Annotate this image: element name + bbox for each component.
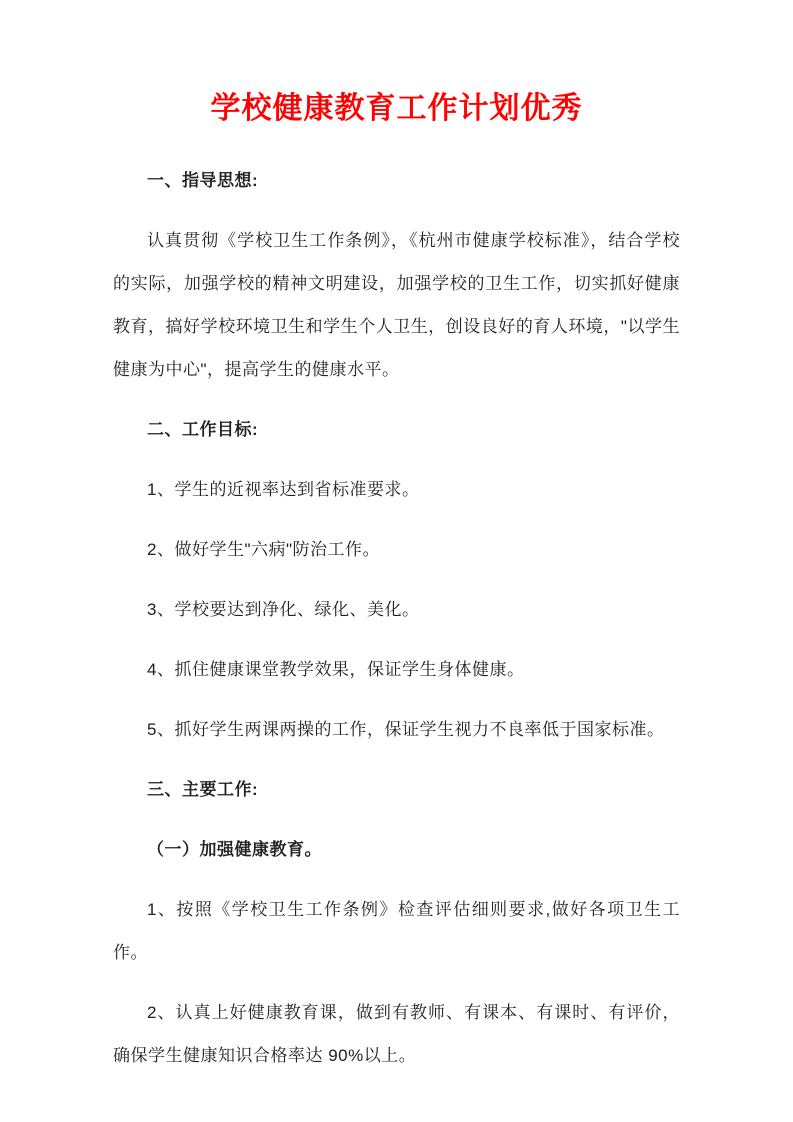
document-paragraph: 2、认真上好健康教育课，做到有教师、有课本、有课时、有评价，确保学生健康知识合格… <box>113 991 680 1077</box>
document-heading: 二、工作目标: <box>113 408 680 451</box>
document-paragraph: 4、抓住健康课堂教学效果，保证学生身体健康。 <box>113 648 680 691</box>
document-paragraph: 1、学生的近视率达到省标准要求。 <box>113 468 680 511</box>
document-paragraph: 1、按照《学校卫生工作条例》检查评估细则要求,做好各项卫生工作。 <box>113 888 680 974</box>
document-title: 学校健康教育工作计划优秀 <box>113 88 680 130</box>
document-page: 学校健康教育工作计划优秀 一、指导思想:认真贯彻《学校卫生工作条例》，《杭州市健… <box>0 0 793 1122</box>
document-paragraph: 3、学校要达到净化、绿化、美化。 <box>113 588 680 631</box>
document-heading: 三、主要工作: <box>113 768 680 811</box>
document-paragraph: 5、抓好学生两课两操的工作，保证学生视力不良率低于国家标准。 <box>113 708 680 751</box>
document-body: 一、指导思想:认真贯彻《学校卫生工作条例》，《杭州市健康学校标准》，结合学校的实… <box>113 159 680 1077</box>
document-heading: 一、指导思想: <box>113 159 680 202</box>
document-heading: （一）加强健康教育。 <box>113 828 680 871</box>
document-paragraph: 2、做好学生"六病"防治工作。 <box>113 528 680 571</box>
document-paragraph: 认真贯彻《学校卫生工作条例》，《杭州市健康学校标准》，结合学校的实际，加强学校的… <box>113 219 680 391</box>
